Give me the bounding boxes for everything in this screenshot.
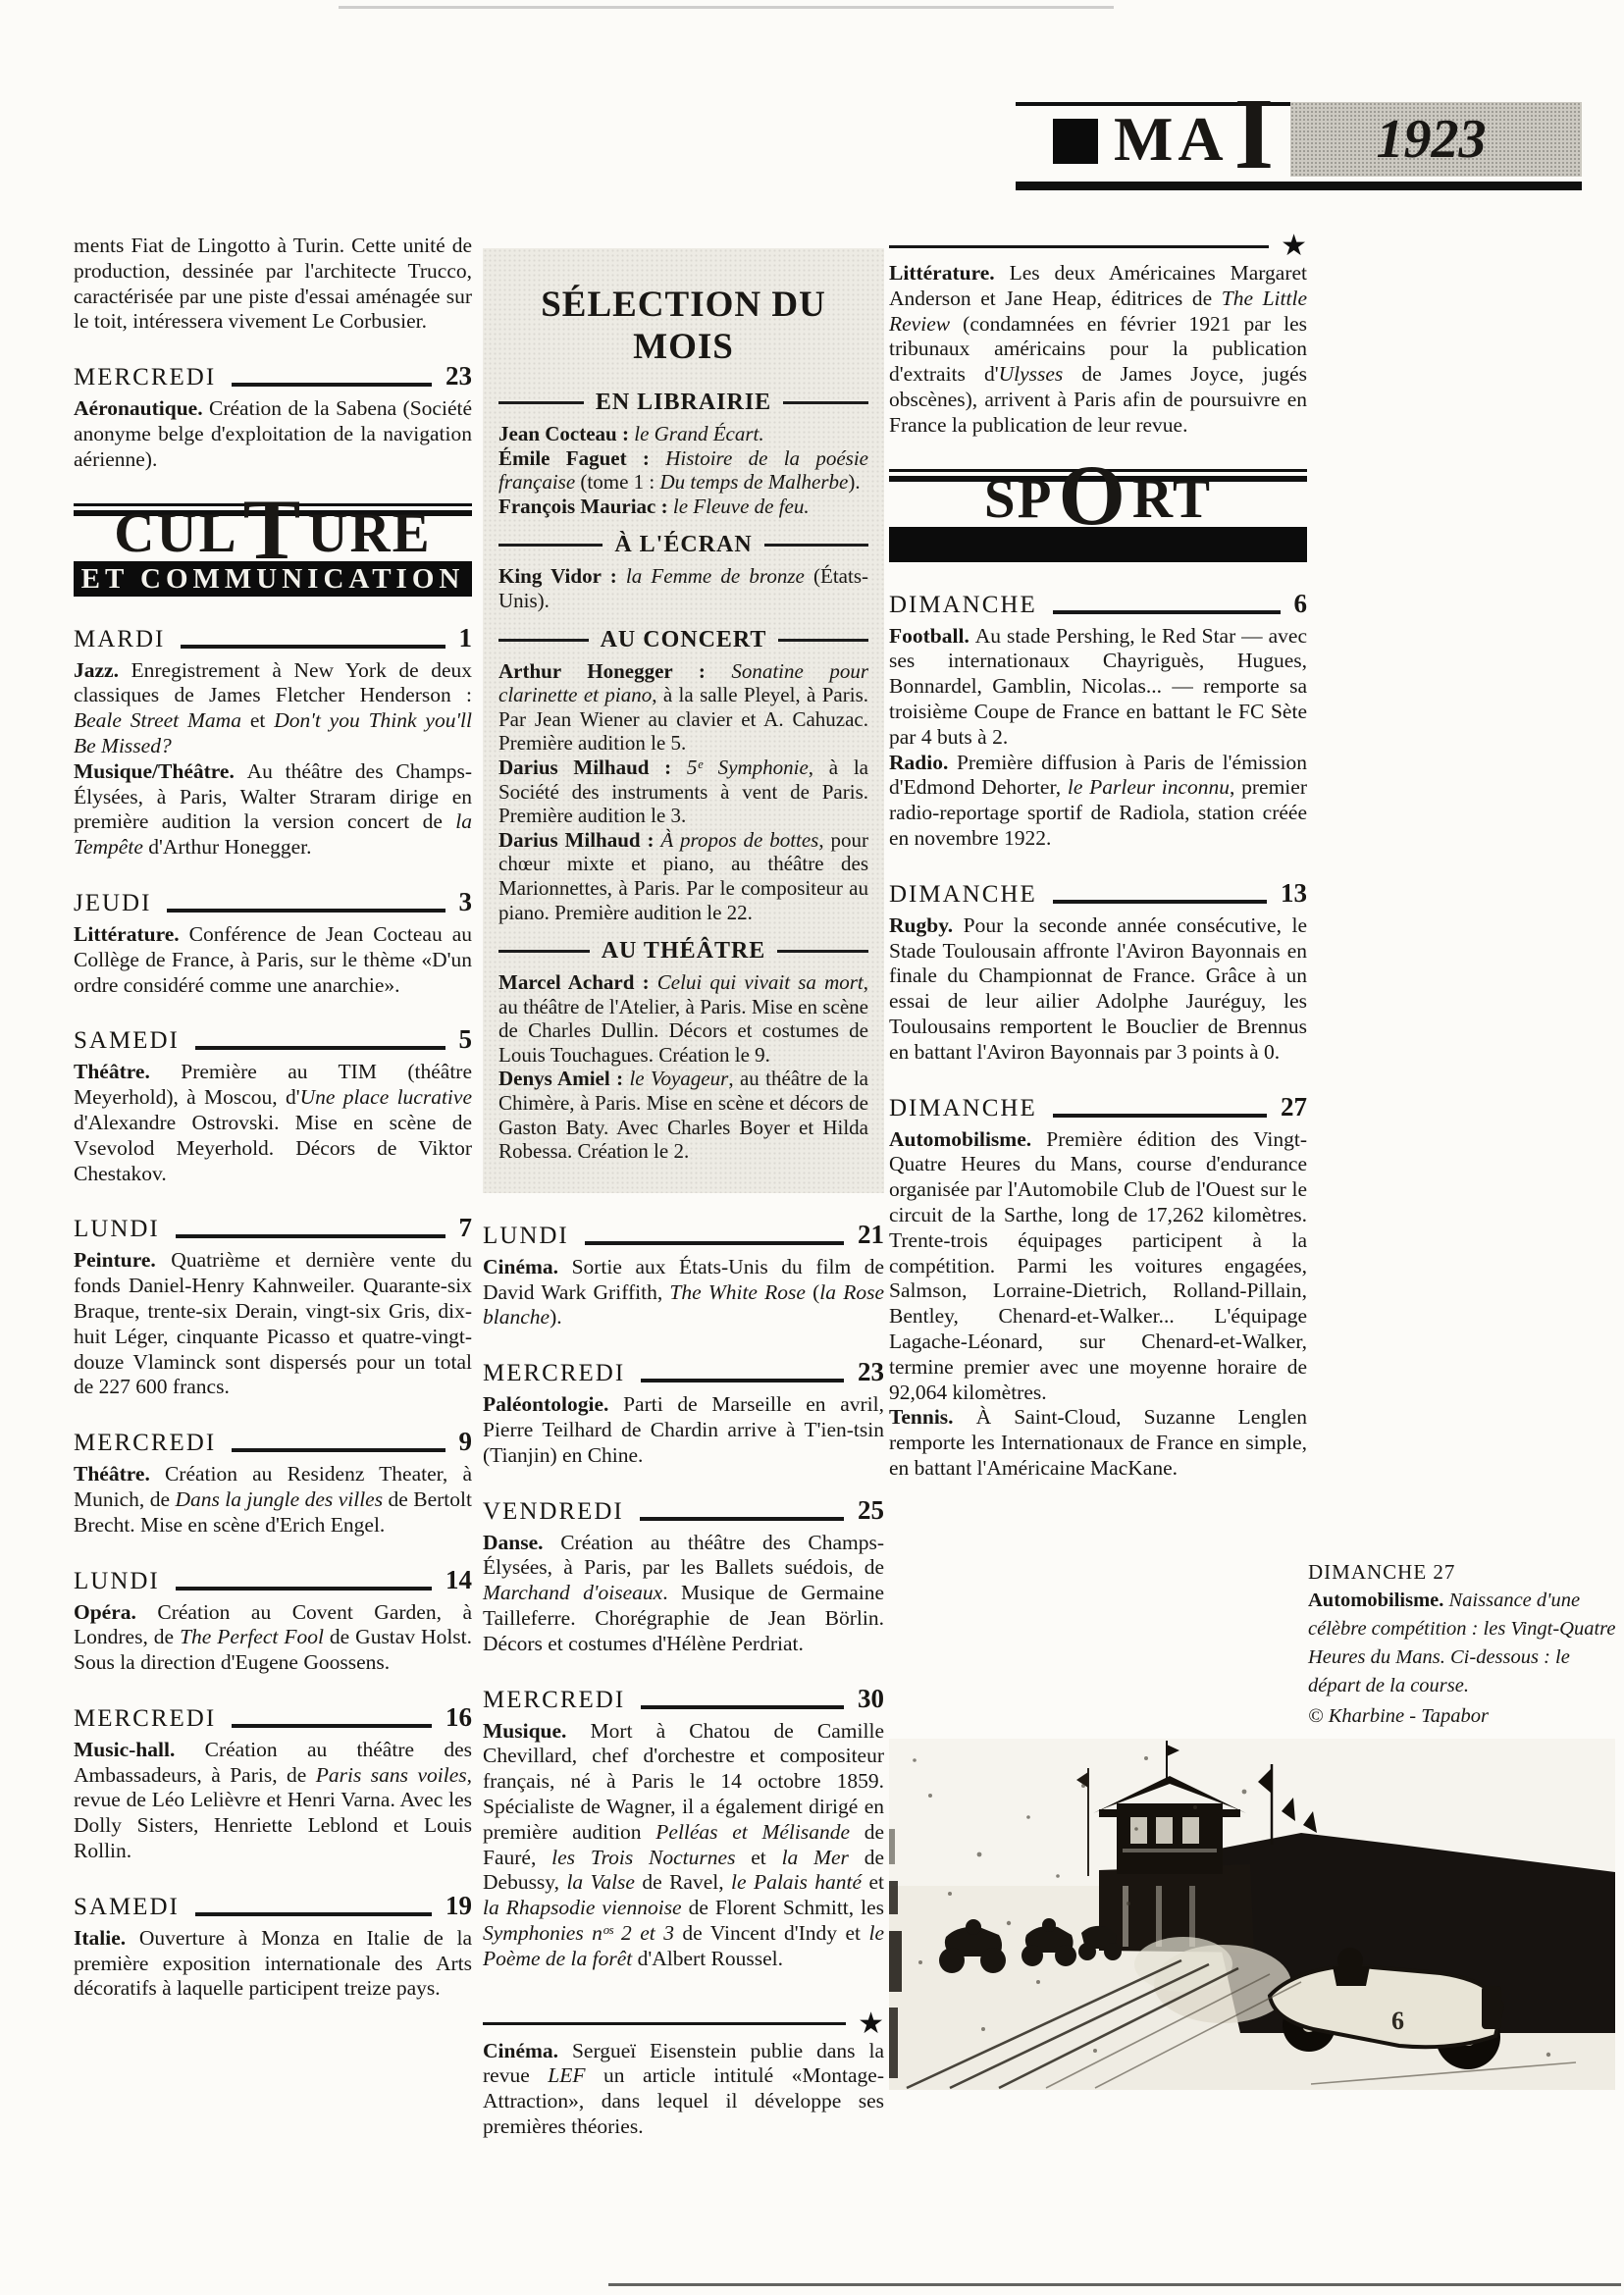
- sport-title-post: RT: [1132, 468, 1212, 530]
- day-entry: LUNDI 21 Cinéma. Sortie aux États-Unis d…: [483, 1220, 884, 1330]
- left-entries: MARDI 1 Jazz. Enregistrement à New York …: [74, 623, 472, 2003]
- selection-section-header: AU THÉÂTRE: [498, 938, 868, 965]
- year-badge: 1923: [1290, 102, 1582, 177]
- day-entry: MERCREDI 9 Théâtre. Création au Residenz…: [74, 1427, 472, 1538]
- month-title-pre: MA: [1114, 104, 1229, 174]
- day-entry-header: DIMANCHE 13: [889, 878, 1307, 909]
- header-rule-right: [778, 639, 868, 642]
- entry-item: Tennis. À Saint-Cloud, Suzanne Lenglen r…: [889, 1405, 1307, 1481]
- culture-title-big-letter: T: [238, 516, 308, 546]
- month-title: MAI: [1114, 98, 1284, 171]
- caption-text: Automobilisme. Naissance d'une célèbre c…: [1308, 1587, 1620, 1700]
- masthead: MAI 1923: [1016, 102, 1582, 190]
- culture-title-post: URE: [307, 502, 431, 564]
- day-name: SAMEDI: [74, 1027, 180, 1055]
- day-number: 23: [445, 361, 472, 391]
- day-entry-body: Théâtre. Création au Residenz Theater, à…: [74, 1462, 472, 1538]
- selection-section-header: EN LIBRAIRIE: [498, 390, 868, 416]
- day-entry-header: LUNDI 7: [74, 1213, 472, 1243]
- selection-section-items: King Vidor : la Femme de bronze (États-U…: [498, 564, 868, 612]
- entry-item: Jazz. Enregistrement à New York de deux …: [74, 658, 472, 759]
- culture-title: CULTURE: [74, 514, 472, 553]
- entry-item: Football. Au stade Pershing, le Red Star…: [889, 624, 1307, 751]
- day-number: 23: [858, 1357, 884, 1387]
- day-entry: LUNDI 14 Opéra. Création au Covent Garde…: [74, 1565, 472, 1676]
- caption-credit: © Kharbine - Tapabor: [1308, 1702, 1620, 1731]
- day-number: 25: [858, 1495, 884, 1526]
- scan-artifact-top: [339, 6, 1114, 9]
- day-rule: [195, 1046, 445, 1050]
- day-rule: [640, 1517, 844, 1521]
- day-rule: [176, 1234, 445, 1238]
- sport-title-pre: SP: [984, 468, 1054, 530]
- selection-item: Émile Faguet : Histoire de la poésie fra…: [498, 446, 868, 495]
- right-column: ★ Littérature. Les deux Américaines Marg…: [889, 235, 1307, 1482]
- day-entry-header: MERCREDI 16: [74, 1702, 472, 1733]
- day-entry-header: MERCREDI 9: [74, 1427, 472, 1457]
- day-entry: MERCREDI 16 Music-hall. Création au théâ…: [74, 1702, 472, 1864]
- day-name: LUNDI: [74, 1568, 160, 1595]
- header-rule-left: [498, 401, 584, 404]
- selection-section: À L'ÉCRAN King Vidor : la Femme de bronz…: [498, 532, 868, 612]
- left-column: ments Fiat de Lingotto à Turin. Cette un…: [74, 234, 472, 2002]
- continuation-paragraph: ments Fiat de Lingotto à Turin. Cette un…: [74, 234, 472, 335]
- day-entry-header: LUNDI 14: [74, 1565, 472, 1595]
- day-name: JEUDI: [74, 890, 151, 917]
- day-entry-body: Paléontologie. Parti de Marseille en avr…: [483, 1392, 884, 1468]
- selection-sections: EN LIBRAIRIE Jean Cocteau : le Grand Éca…: [498, 390, 868, 1164]
- middle-column: SÉLECTION DU MOIS EN LIBRAIRIE Jean Coct…: [483, 248, 884, 2140]
- entry-item: Automobilisme. Première édition des Ving…: [889, 1127, 1307, 1406]
- entry-item: Opéra. Création au Covent Garden, à Lond…: [74, 1600, 472, 1676]
- divider-rule: [483, 2022, 846, 2025]
- selection-section-items: Jean Cocteau : le Grand Écart.Émile Fagu…: [498, 422, 868, 518]
- entry-item: Rugby. Pour la seconde année consécutive…: [889, 913, 1307, 1066]
- day-number: 14: [445, 1565, 472, 1595]
- selection-section-title: EN LIBRAIRIE: [596, 390, 771, 416]
- selection-title: SÉLECTION DU MOIS: [498, 284, 868, 368]
- divider-rule: [889, 245, 1269, 248]
- photo-illustration: 6: [889, 1739, 1615, 2090]
- day-rule: [167, 909, 445, 913]
- day-rule: [641, 1379, 844, 1382]
- day-rule: [181, 645, 445, 649]
- photo-caption: DIMANCHE 27 Automobilisme. Naissance d'u…: [1308, 1558, 1620, 1731]
- entry-item: Radio. Première diffusion à Paris de l'é…: [889, 751, 1307, 852]
- day-name: DIMANCHE: [889, 592, 1037, 619]
- day-entry-body: Aéronautique. Création de la Sabena (Soc…: [74, 396, 472, 472]
- day-entry-body: Danse. Création au théâtre des Champs-Él…: [483, 1531, 884, 1657]
- day-entry: MERCREDI 30 Musique. Mort à Chatou de Ca…: [483, 1684, 884, 1972]
- day-entry-body: Théâtre. Première au TIM (théâtre Meyerh…: [74, 1060, 472, 1186]
- day-entry-header: JEUDI 3: [74, 887, 472, 917]
- day-number: 21: [858, 1220, 884, 1250]
- day-entry-body: Music-hall. Création au théâtre des Amba…: [74, 1738, 472, 1864]
- selection-section-items: Marcel Achard : Celui qui vivait sa mort…: [498, 970, 868, 1164]
- day-entry-body: Littérature. Conférence de Jean Cocteau …: [74, 922, 472, 998]
- day-name: MERCREDI: [74, 364, 216, 391]
- day-entry-body: Rugby. Pour la seconde année consécutive…: [889, 913, 1307, 1066]
- day-entry-body: Automobilisme. Première édition des Ving…: [889, 1127, 1307, 1482]
- selection-section-header: AU CONCERT: [498, 627, 868, 653]
- scan-artifact-bottom: [608, 2283, 1621, 2286]
- day-name: MERCREDI: [483, 1360, 625, 1387]
- entry-item: Peinture. Quatrième et dernière vente du…: [74, 1248, 472, 1400]
- star-entry-item: Littérature. Les deux Américaines Margar…: [889, 261, 1307, 439]
- day-entry-header: DIMANCHE 6: [889, 589, 1307, 619]
- black-square-icon: [1053, 119, 1098, 164]
- day-entry: MARDI 1 Jazz. Enregistrement à New York …: [74, 623, 472, 861]
- star-divider: ★: [889, 241, 1307, 251]
- day-entry: DIMANCHE 6 Football. Au stade Pershing, …: [889, 589, 1307, 852]
- day-entry: JEUDI 3 Littérature. Conférence de Jean …: [74, 887, 472, 998]
- sport-section-banner: SPORT: [889, 469, 1307, 562]
- culture-section-banner: CULTURE ET COMMUNICATION: [74, 503, 472, 597]
- entry-item: Music-hall. Création au théâtre des Amba…: [74, 1738, 472, 1864]
- caption-day: DIMANCHE 27: [1308, 1558, 1620, 1587]
- day-number: 13: [1281, 878, 1307, 909]
- entry-item: Musique. Mort à Chatou de Camille Chevil…: [483, 1719, 884, 1972]
- selection-item: Darius Milhaud : À propos de bottes, pou…: [498, 828, 868, 924]
- header-rule-left: [498, 544, 602, 547]
- month-title-big-letter: I: [1229, 113, 1284, 156]
- almanac-page: MAI 1923 ments Fiat de Lingotto à Turin.…: [0, 0, 1624, 2295]
- day-number: 1: [459, 623, 473, 653]
- selection-item: François Mauriac : le Fleuve de feu.: [498, 495, 868, 519]
- entry-item: Littérature. Conférence de Jean Cocteau …: [74, 922, 472, 998]
- entry-item: Danse. Création au théâtre des Champs-Él…: [483, 1531, 884, 1657]
- day-entry: SAMEDI 19 Italie. Ouverture à Monza en I…: [74, 1891, 472, 2002]
- day-entry: DIMANCHE 13 Rugby. Pour la seconde année…: [889, 878, 1307, 1066]
- day-entry-body: Football. Au stade Pershing, le Red Star…: [889, 624, 1307, 852]
- day-entry: DIMANCHE 27 Automobilisme. Première édit…: [889, 1092, 1307, 1482]
- culture-title-pre: CUL: [114, 502, 237, 564]
- selection-section: EN LIBRAIRIE Jean Cocteau : le Grand Éca…: [498, 390, 868, 518]
- day-rule: [232, 1724, 432, 1728]
- day-number: 6: [1294, 589, 1308, 619]
- day-entry-body: Italie. Ouverture à Monza en Italie de l…: [74, 1926, 472, 2002]
- selection-section-title: AU CONCERT: [601, 627, 767, 653]
- entry-item: Cinéma. Sortie aux États-Unis du film de…: [483, 1255, 884, 1330]
- day-entry-header: MERCREDI 23: [74, 361, 472, 391]
- selection-item: Arthur Honegger : Sonatine pour clarinet…: [498, 659, 868, 756]
- day-entry: VENDREDI 25 Danse. Création au théâtre d…: [483, 1495, 884, 1657]
- header-rule-left: [498, 639, 589, 642]
- day-number: 9: [459, 1427, 473, 1457]
- day-entry-body: Jazz. Enregistrement à New York de deux …: [74, 658, 472, 861]
- day-name: VENDREDI: [483, 1498, 624, 1526]
- selection-section-title: À L'ÉCRAN: [614, 532, 752, 558]
- middle-entries: LUNDI 21 Cinéma. Sortie aux États-Unis d…: [483, 1220, 884, 1972]
- day-entry: SAMEDI 5 Théâtre. Première au TIM (théât…: [74, 1024, 472, 1186]
- day-number: 30: [858, 1684, 884, 1714]
- day-rule: [176, 1587, 432, 1591]
- left-pre-entries: MERCREDI 23 Aéronautique. Création de la…: [74, 361, 472, 472]
- day-entry-header: MARDI 1: [74, 623, 472, 653]
- day-rule: [1053, 900, 1267, 904]
- selection-section: AU THÉÂTRE Marcel Achard : Celui qui viv…: [498, 938, 868, 1164]
- day-rule: [232, 1448, 445, 1452]
- day-name: DIMANCHE: [889, 1095, 1037, 1122]
- star-divider: ★: [483, 2019, 884, 2029]
- day-number: 19: [445, 1891, 472, 1921]
- day-entry-header: MERCREDI 23: [483, 1357, 884, 1387]
- entry-item: Musique/Théâtre. Au théâtre des Champs-É…: [74, 759, 472, 861]
- day-entry-header: MERCREDI 30: [483, 1684, 884, 1714]
- day-rule: [641, 1705, 844, 1709]
- day-name: MERCREDI: [483, 1687, 625, 1714]
- day-rule: [1053, 610, 1281, 614]
- day-entry-header: VENDREDI 25: [483, 1495, 884, 1526]
- day-number: 3: [459, 887, 473, 917]
- day-name: MERCREDI: [74, 1430, 216, 1457]
- header-rule-right: [764, 544, 868, 547]
- right-entries: DIMANCHE 6 Football. Au stade Pershing, …: [889, 589, 1307, 1482]
- entry-item: Aéronautique. Création de la Sabena (Soc…: [74, 396, 472, 472]
- day-name: MERCREDI: [74, 1705, 216, 1733]
- selection-item: King Vidor : la Femme de bronze (États-U…: [498, 564, 868, 612]
- selection-section-items: Arthur Honegger : Sonatine pour clarinet…: [498, 659, 868, 925]
- day-name: LUNDI: [483, 1223, 569, 1250]
- day-entry: MERCREDI 23 Paléontologie. Parti de Mars…: [483, 1357, 884, 1468]
- lemans-start-photo: 6: [889, 1739, 1615, 2090]
- selection-item: Marcel Achard : Celui qui vivait sa mort…: [498, 970, 868, 1067]
- day-entry-header: DIMANCHE 27: [889, 1092, 1307, 1122]
- sport-title-big-letter: O: [1053, 482, 1131, 511]
- day-name: LUNDI: [74, 1216, 160, 1243]
- day-rule: [232, 383, 432, 387]
- entry-item: Italie. Ouverture à Monza en Italie de l…: [74, 1926, 472, 2002]
- day-entry-body: Opéra. Création au Covent Garden, à Lond…: [74, 1600, 472, 1676]
- day-rule: [1053, 1114, 1267, 1118]
- day-entry-body: Cinéma. Sortie aux États-Unis du film de…: [483, 1255, 884, 1330]
- sport-title: SPORT: [889, 480, 1307, 519]
- selection-section-header: À L'ÉCRAN: [498, 532, 868, 558]
- selection-of-the-month-box: SÉLECTION DU MOIS EN LIBRAIRIE Jean Coct…: [483, 248, 884, 1193]
- selection-section-title: AU THÉÂTRE: [602, 938, 766, 965]
- selection-item: Jean Cocteau : le Grand Écart.: [498, 422, 868, 446]
- day-number: 27: [1281, 1092, 1307, 1122]
- header-rule-right: [783, 401, 868, 404]
- day-entry-body: Musique. Mort à Chatou de Camille Chevil…: [483, 1719, 884, 1972]
- entry-item: Théâtre. Création au Residenz Theater, à…: [74, 1462, 472, 1538]
- star-icon: ★: [1281, 241, 1307, 251]
- star-icon: ★: [858, 2019, 884, 2029]
- day-name: MARDI: [74, 626, 165, 653]
- entry-item: Théâtre. Première au TIM (théâtre Meyerh…: [74, 1060, 472, 1186]
- day-entry: LUNDI 7 Peinture. Quatrième et dernière …: [74, 1213, 472, 1400]
- selection-item: Denys Amiel : le Voyageur, au théâtre de…: [498, 1067, 868, 1163]
- star-entry-item: Cinéma. Sergueï Eisenstein publie dans l…: [483, 2039, 884, 2140]
- masthead-bottom-rule: [1016, 182, 1582, 190]
- day-name: DIMANCHE: [889, 881, 1037, 909]
- day-entry-body: Peinture. Quatrième et dernière vente du…: [74, 1248, 472, 1400]
- day-number: 7: [459, 1213, 473, 1243]
- svg-text:6: 6: [1391, 2007, 1404, 2035]
- header-rule-right: [777, 950, 868, 953]
- day-rule: [585, 1241, 844, 1245]
- header-rule-left: [498, 950, 590, 953]
- entry-item: Paléontologie. Parti de Marseille en avr…: [483, 1392, 884, 1468]
- day-number: 16: [445, 1702, 472, 1733]
- selection-item: Darius Milhaud : 5ᵉ Symphonie, à la Soci…: [498, 756, 868, 828]
- day-entry-header: SAMEDI 19: [74, 1891, 472, 1921]
- day-entry-header: SAMEDI 5: [74, 1024, 472, 1055]
- day-name: SAMEDI: [74, 1894, 180, 1921]
- selection-section: AU CONCERT Arthur Honegger : Sonatine po…: [498, 627, 868, 925]
- day-entry: MERCREDI 23 Aéronautique. Création de la…: [74, 361, 472, 472]
- day-entry-header: LUNDI 21: [483, 1220, 884, 1250]
- day-rule: [195, 1912, 432, 1916]
- day-number: 5: [459, 1024, 473, 1055]
